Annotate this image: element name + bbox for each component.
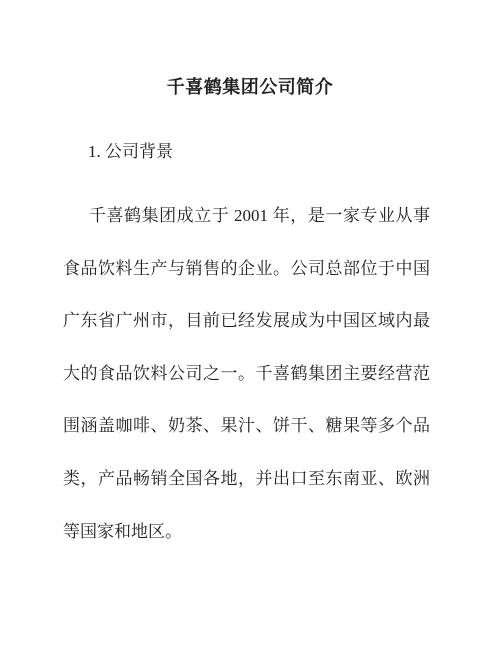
document-title: 千喜鹤集团公司简介 — [0, 74, 500, 100]
paragraph-line: 广东省广州市，目前已经发展成为中国区域内最 — [63, 295, 430, 348]
body-paragraph: 千喜鹤集团成立于 2001 年，是一家专业从事 食品饮料生产与销售的企业。公司总… — [63, 190, 430, 558]
document-page: 千喜鹤集团公司简介 1. 公司背景 千喜鹤集团成立于 2001 年，是一家专业从… — [0, 0, 500, 647]
paragraph-line: 千喜鹤集团成立于 2001 年，是一家专业从事 — [63, 190, 430, 243]
paragraph-line: 大的食品饮料公司之一。千喜鹤集团主要经营范 — [63, 348, 430, 401]
paragraph-line: 等国家和地区。 — [63, 506, 430, 559]
paragraph-line: 围涵盖咖啡、奶茶、果汁、饼干、糖果等多个品 — [63, 400, 430, 453]
paragraph-line: 食品饮料生产与销售的企业。公司总部位于中国 — [63, 243, 430, 296]
section-heading: 1. 公司背景 — [88, 140, 173, 164]
paragraph-line: 类，产品畅销全国各地，并出口至东南亚、欧洲 — [63, 453, 430, 506]
